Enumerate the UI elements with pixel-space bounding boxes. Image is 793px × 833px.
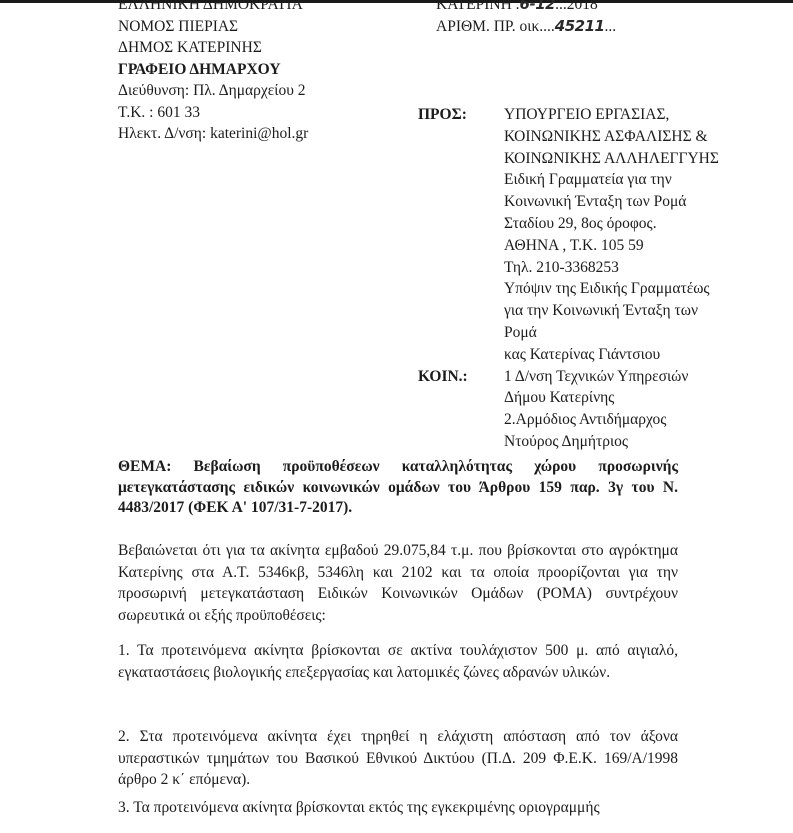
cc-line: 1 Δ/νση Τεχνικών Υπηρεσιών [504,366,688,388]
condition-item: 3. Τα προτεινόμενα ακίνητα βρίσκονται εκ… [118,797,678,819]
condition-item: 2. Στα προτεινόμενα ακίνητα έχει τηρηθεί… [118,726,678,791]
to-section: ΠΡΟΣ: ΥΠΟΥΡΓΕΙΟ ΕΡΓΑΣΙΑΣ, ΚΟΙΝΩΝΙΚΗΣ ΑΣΦ… [418,104,719,366]
recipient-line: Ειδική Γραμματεία για την [504,169,719,191]
recipient-line: ΚΟΙΝΩΝΙΚΗΣ ΑΣΦΑΛΙΣΗΣ & [504,126,719,148]
cc-label: ΚΟΙΝ.: [418,366,504,453]
recipient-line: ΑΘΗΝΑ , Τ.Κ. 105 59 [504,235,719,257]
sender-line: ΕΛΛΗΝΙΚΗ ΔΗΜΟΚΡΑΤΙΑ [118,0,308,16]
cc-line: Ντούρος Δημήτριος [504,431,688,453]
to-label: ΠΡΟΣ: [418,104,504,366]
sender-office: ΓΡΑΦΕΙΟ ΔΗΜΑΡΧΟΥ [118,59,308,81]
recipient-line: Τηλ. 210-3368253 [504,257,719,279]
to-lines: ΥΠΟΥΡΓΕΙΟ ΕΡΓΑΣΙΑΣ, ΚΟΙΝΩΝΙΚΗΣ ΑΣΦΑΛΙΣΗΣ… [504,104,719,366]
protocol-suffix: ... [604,18,616,35]
recipient-line: ΚΟΙΝΩΝΙΚΗΣ ΑΛΛΗΛΕΓΓΥΗΣ [504,148,719,170]
document-meta: ΚΑΤΕΡΙΝΗ .6-12...2018 ΑΡΙΘΜ. ΠΡ. οικ....… [436,0,616,37]
sender-address: Διεύθυνση: Πλ. Δημαρχείου 2 [118,80,308,102]
cc-line: Δήμου Κατερίνης [504,387,688,409]
recipient-line: Σταδίου 29, 8ος όροφος. [504,213,719,235]
cc-line: 2.Αρμόδιος Αντιδήμαρχος [504,409,688,431]
sender-line: ΔΗΜΟΣ ΚΑΤΕΡΙΝΗΣ [118,37,308,59]
recipient-line: για την Κοινωνική Ένταξη των [504,300,719,322]
sender-block: ΕΛΛΗΝΙΚΗ ΔΗΜΟΚΡΑΤΙΑ ΝΟΜΟΣ ΠΙΕΡΙΑΣ ΔΗΜΟΣ … [118,0,308,145]
subject-heading: ΘΕΜΑ: Βεβαίωση προϋποθέσεων καταλληλότητ… [118,457,678,519]
recipient-line: κας Κατερίνας Γιάντσιου [504,344,719,366]
sender-postal-code: Τ.Κ. : 601 33 [118,102,308,124]
place-label: ΚΑΤΕΡΙΝΗ . [436,0,520,13]
cc-section: ΚΟΙΝ.: 1 Δ/νση Τεχνικών Υπηρεσιών Δήμου … [418,366,719,453]
recipient-line: Υπόψιν της Ειδικής Γραμματέως [504,278,719,300]
recipients-block: ΠΡΟΣ: ΥΠΟΥΡΓΕΙΟ ΕΡΓΑΣΙΑΣ, ΚΟΙΝΩΝΙΚΗΣ ΑΣΦ… [418,104,719,453]
recipient-line: Κοινωνική Ένταξη των Ρομά [504,191,719,213]
recipient-line: ΥΠΟΥΡΓΕΙΟ ΕΡΓΑΣΙΑΣ, [504,104,719,126]
intro-paragraph: Βεβαιώνεται ότι για τα ακίνητα εμβαδού 2… [118,540,678,626]
cc-lines: 1 Δ/νση Τεχνικών Υπηρεσιών Δήμου Κατερίν… [504,366,688,453]
date-line: ΚΑΤΕΡΙΝΗ .6-12...2018 [436,0,616,16]
handwritten-protocol-number: 45211 [555,17,605,35]
condition-item: 1. Τα προτεινόμενα ακίνητα βρίσκονται σε… [118,640,678,683]
protocol-label: ΑΡΙΘΜ. ΠΡ. οικ.... [436,18,555,35]
sender-line: ΝΟΜΟΣ ΠΙΕΡΙΑΣ [118,16,308,38]
sender-email: Ηλεκτ. Δ/νση: katerini@hol.gr [118,123,308,145]
date-year: ...2018 [555,0,598,13]
protocol-line: ΑΡΙΘΜ. ΠΡ. οικ....45211... [436,16,616,38]
handwritten-date: 6-12 [520,0,556,13]
recipient-line: Ρομά [504,322,719,344]
